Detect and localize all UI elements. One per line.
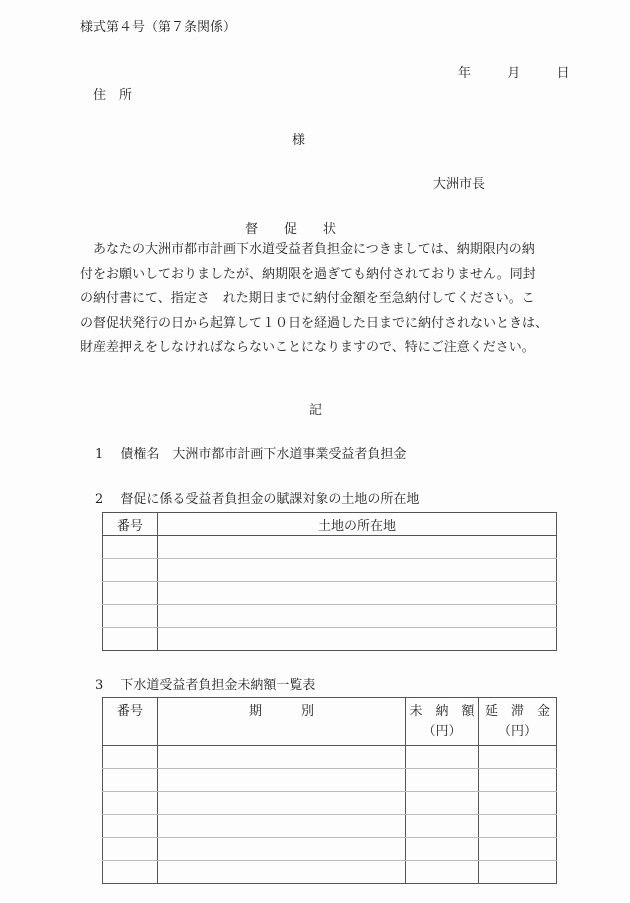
ki-heading: 記: [309, 404, 322, 417]
cell-number[interactable]: [103, 746, 158, 769]
header-unpaid-amount-label: 未 納 額: [406, 702, 478, 722]
body-line: の納付書にて、指定さ れた期日までに納付金額を至急納付してください。こ: [80, 287, 560, 312]
header-late-fee-unit: （円）: [479, 722, 556, 742]
cell-period[interactable]: [158, 769, 406, 792]
table-row: [103, 746, 557, 769]
cell-number[interactable]: [103, 582, 158, 605]
document-title: 督 促 状: [245, 223, 336, 236]
cell-number[interactable]: [103, 815, 158, 838]
cell-late-fee[interactable]: [479, 746, 557, 769]
land-location-table: 番号 土地の所在地: [102, 512, 557, 651]
cell-period[interactable]: [158, 838, 406, 861]
date-line: 年 月 日: [458, 67, 570, 80]
header-land-location: 土地の所在地: [158, 513, 557, 536]
cell-late-fee[interactable]: [479, 838, 557, 861]
cell-number[interactable]: [103, 792, 158, 815]
table-row: [103, 559, 557, 582]
cell-late-fee[interactable]: [479, 769, 557, 792]
unpaid-amount-table: 番号 期 別 未 納 額 （円） 延 滞 金 （円）: [102, 697, 557, 884]
cell-period[interactable]: [158, 746, 406, 769]
cell-number[interactable]: [103, 536, 158, 559]
item-land-location: 2 督促に係る受益者負担金の賦課対象の土地の所在地: [95, 493, 419, 506]
cell-unpaid[interactable]: [406, 815, 479, 838]
cell-unpaid[interactable]: [406, 838, 479, 861]
cell-unpaid[interactable]: [406, 861, 479, 884]
table-row: [103, 792, 557, 815]
table-row: [103, 582, 557, 605]
cell-location[interactable]: [158, 628, 557, 651]
table-header-row: 番号 土地の所在地: [103, 513, 557, 536]
form-number: 様式第４号（第７条関係）: [80, 21, 236, 34]
item-claim-name: 1 債権名 大洲市都市計画下水道事業受益者負担金: [95, 448, 406, 461]
body-paragraph: あなたの大洲市都市計画下水道受益者負担金につきましては、納期限内の納 付をお願い…: [80, 238, 560, 361]
address-label: 住 所: [93, 89, 132, 102]
date-day-label: 日: [557, 67, 570, 80]
header-number: 番号: [103, 513, 158, 536]
cell-number[interactable]: [103, 769, 158, 792]
table-row: [103, 838, 557, 861]
cell-period[interactable]: [158, 792, 406, 815]
cell-location[interactable]: [158, 605, 557, 628]
cell-unpaid[interactable]: [406, 769, 479, 792]
cell-period[interactable]: [158, 815, 406, 838]
body-line: の督促状発行の日から起算して１０日を経過した日までに納付されないときは、: [80, 312, 560, 337]
cell-period[interactable]: [158, 861, 406, 884]
table-row: [103, 815, 557, 838]
cell-location[interactable]: [158, 559, 557, 582]
cell-unpaid[interactable]: [406, 746, 479, 769]
header-unpaid-amount: 未 納 額 （円）: [406, 698, 479, 746]
cell-late-fee[interactable]: [479, 815, 557, 838]
table-row: [103, 769, 557, 792]
table-row: [103, 605, 557, 628]
date-month-label: 月: [507, 67, 520, 80]
cell-number[interactable]: [103, 559, 158, 582]
honorific: 様: [292, 134, 305, 147]
cell-number[interactable]: [103, 838, 158, 861]
item-unpaid-list: 3 下水道受益者負担金未納額一覧表: [95, 679, 315, 692]
header-number: 番号: [103, 698, 158, 746]
cell-number[interactable]: [103, 605, 158, 628]
body-line: 財産差押えをしなければならないことになりますので、特にご注意ください。: [80, 336, 560, 361]
header-unpaid-amount-unit: （円）: [406, 722, 478, 742]
header-late-fee-label: 延 滞 金: [479, 702, 556, 722]
date-year-label: 年: [458, 67, 471, 80]
cell-number[interactable]: [103, 861, 158, 884]
cell-location[interactable]: [158, 582, 557, 605]
header-late-fee: 延 滞 金 （円）: [479, 698, 557, 746]
table-row: [103, 628, 557, 651]
body-line: 付をお願いしておりましたが、納期限を過ぎても納付されておりません。同封: [80, 263, 560, 288]
cell-number[interactable]: [103, 628, 158, 651]
cell-location[interactable]: [158, 536, 557, 559]
cell-late-fee[interactable]: [479, 861, 557, 884]
table-header-row: 番号 期 別 未 納 額 （円） 延 滞 金 （円）: [103, 698, 557, 746]
table-row: [103, 536, 557, 559]
issuer: 大洲市長: [433, 178, 485, 191]
cell-unpaid[interactable]: [406, 792, 479, 815]
body-line: あなたの大洲市都市計画下水道受益者負担金につきましては、納期限内の納: [80, 238, 560, 263]
cell-late-fee[interactable]: [479, 792, 557, 815]
table-row: [103, 861, 557, 884]
header-period: 期 別: [158, 698, 406, 746]
